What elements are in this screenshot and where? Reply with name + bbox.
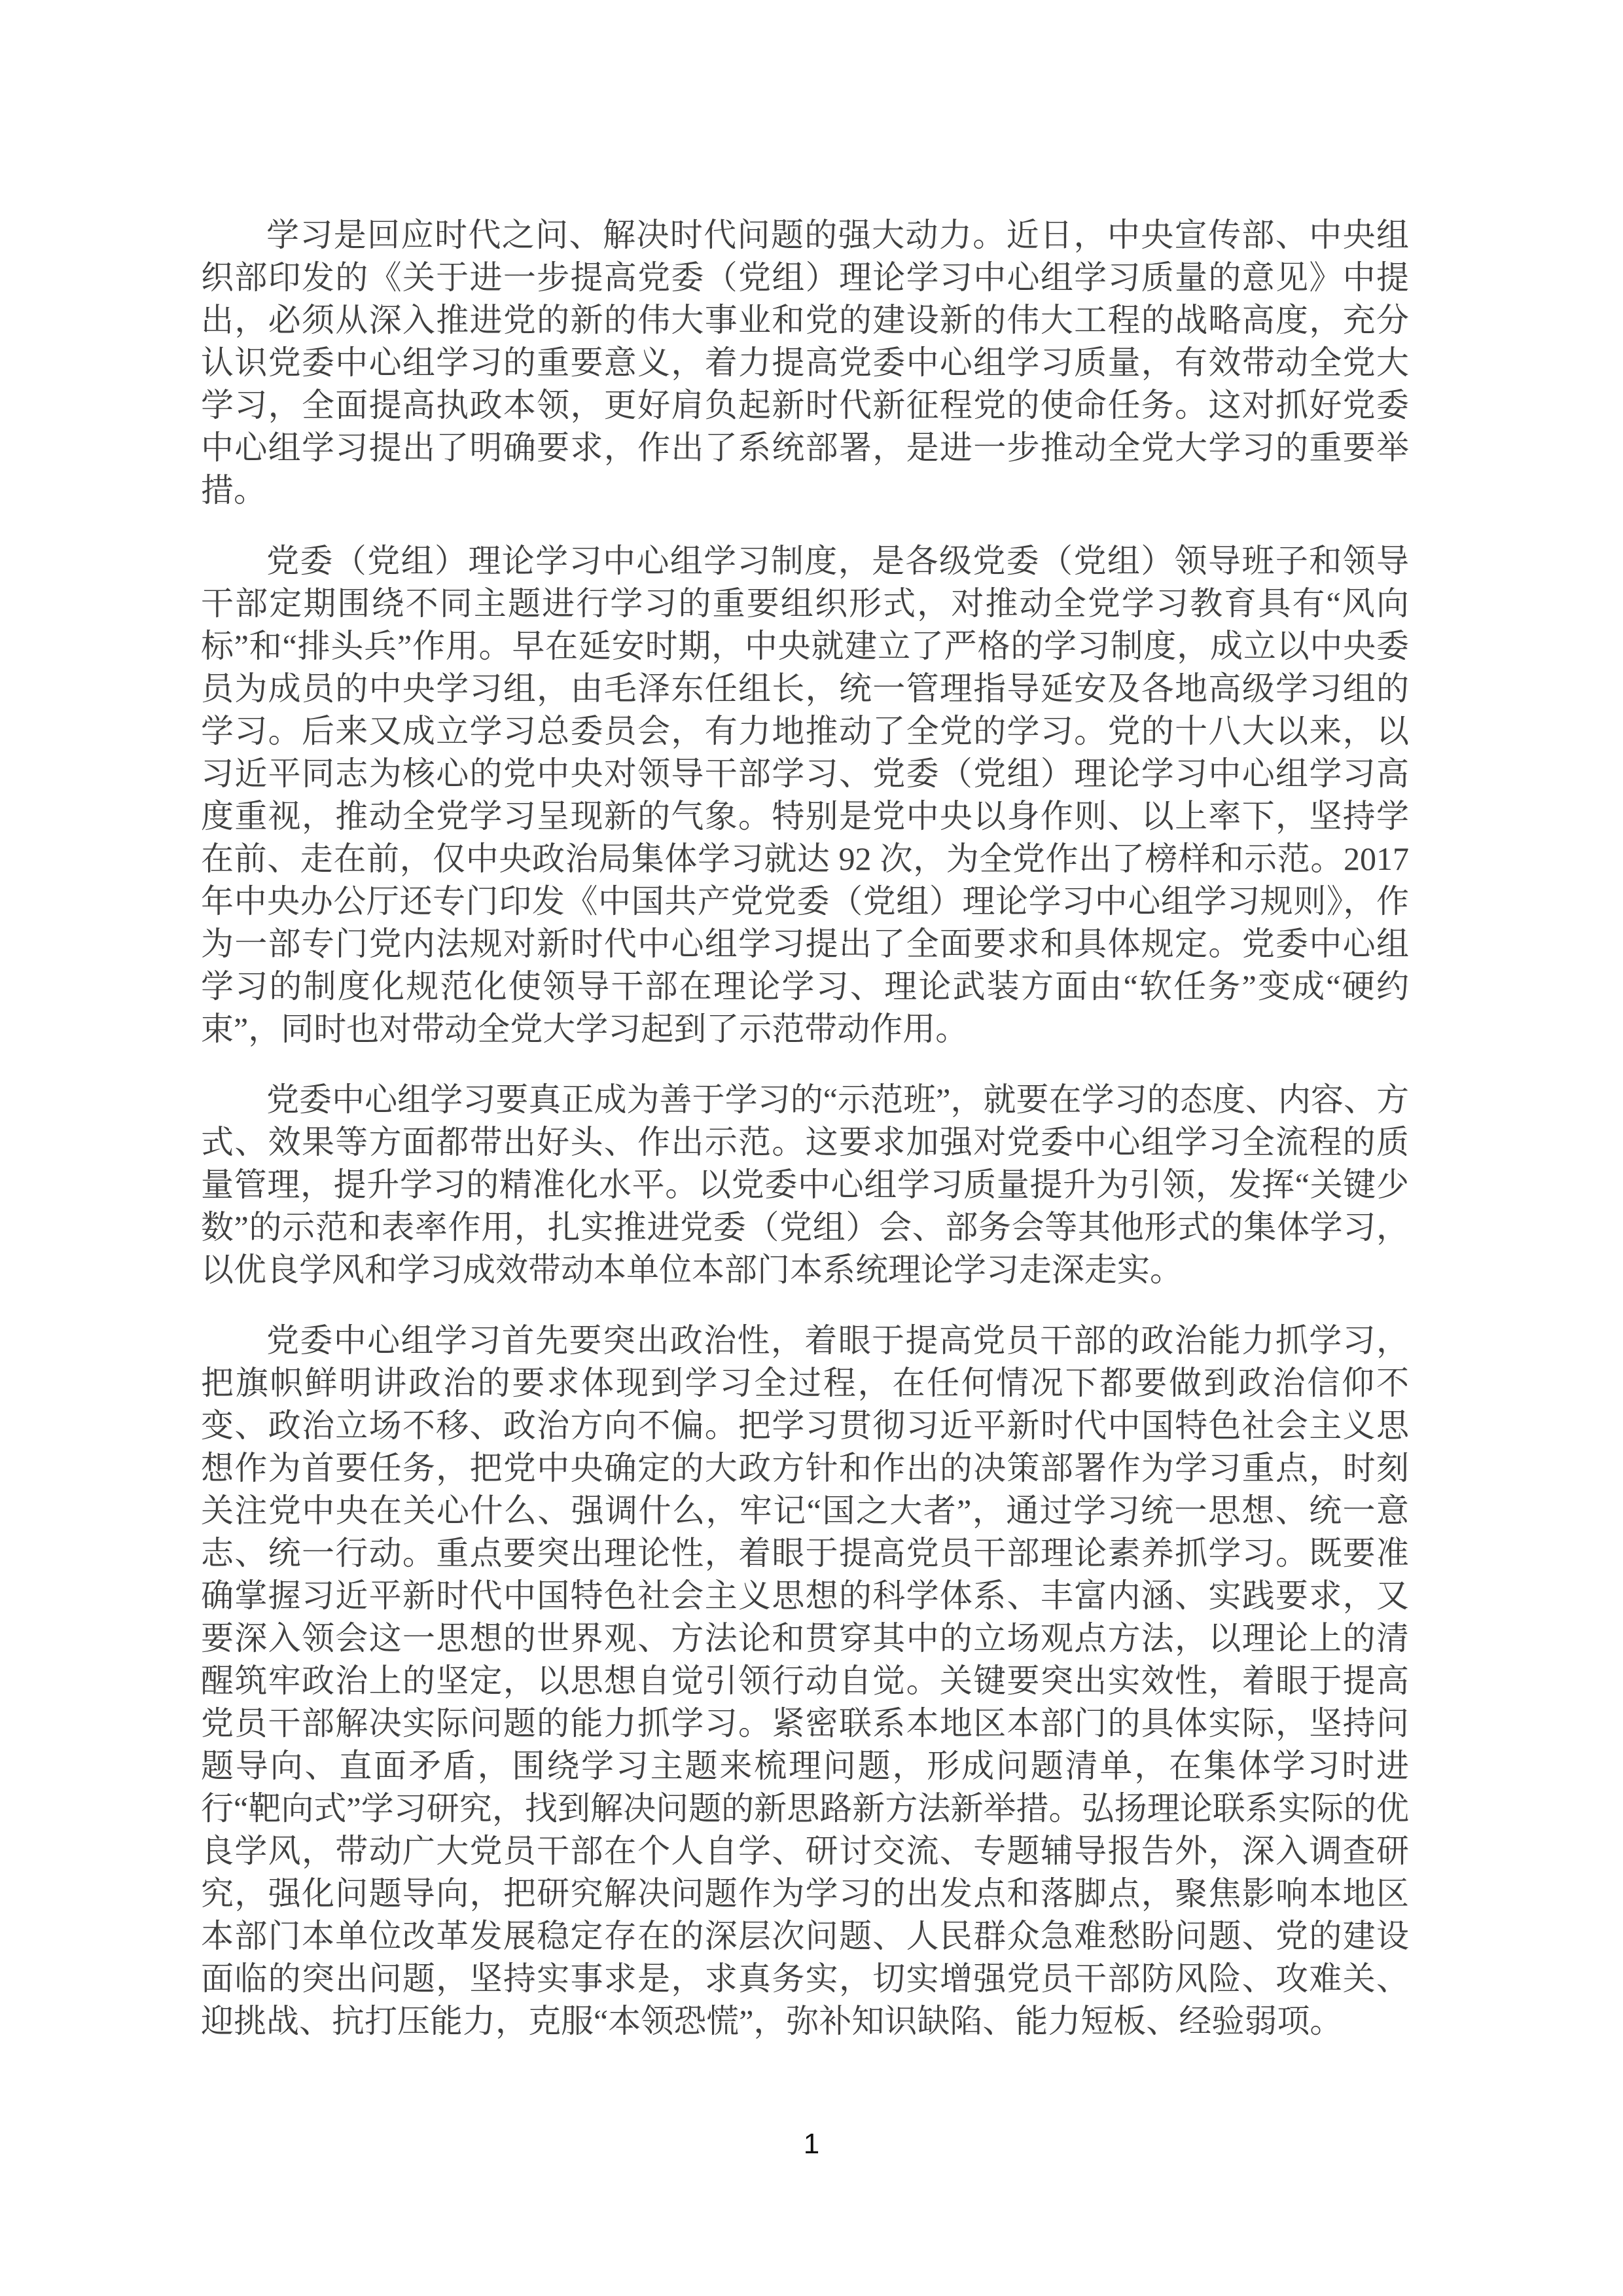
document-body: 学习是回应时代之问、解决时代问题的强大动力。近日，中央宣传部、中央组织部印发的《…: [201, 214, 1409, 2043]
paragraph-4: 党委中心组学习首先要突出政治性，着眼于提高党员干部的政治能力抓学习，把旗帜鲜明讲…: [201, 1319, 1409, 2043]
paragraph-2: 党委（党组）理论学习中心组学习制度，是各级党委（党组）领导班子和领导干部定期围绕…: [201, 540, 1409, 1050]
page-number: 1: [0, 2128, 1623, 2160]
paragraph-1: 学习是回应时代之问、解决时代问题的强大动力。近日，中央宣传部、中央组织部印发的《…: [201, 214, 1409, 512]
document-page: 学习是回应时代之问、解决时代问题的强大动力。近日，中央宣传部、中央组织部印发的《…: [0, 0, 1623, 2296]
paragraph-3: 党委中心组学习要真正成为善于学习的“示范班”，就要在学习的态度、内容、方式、效果…: [201, 1079, 1409, 1291]
